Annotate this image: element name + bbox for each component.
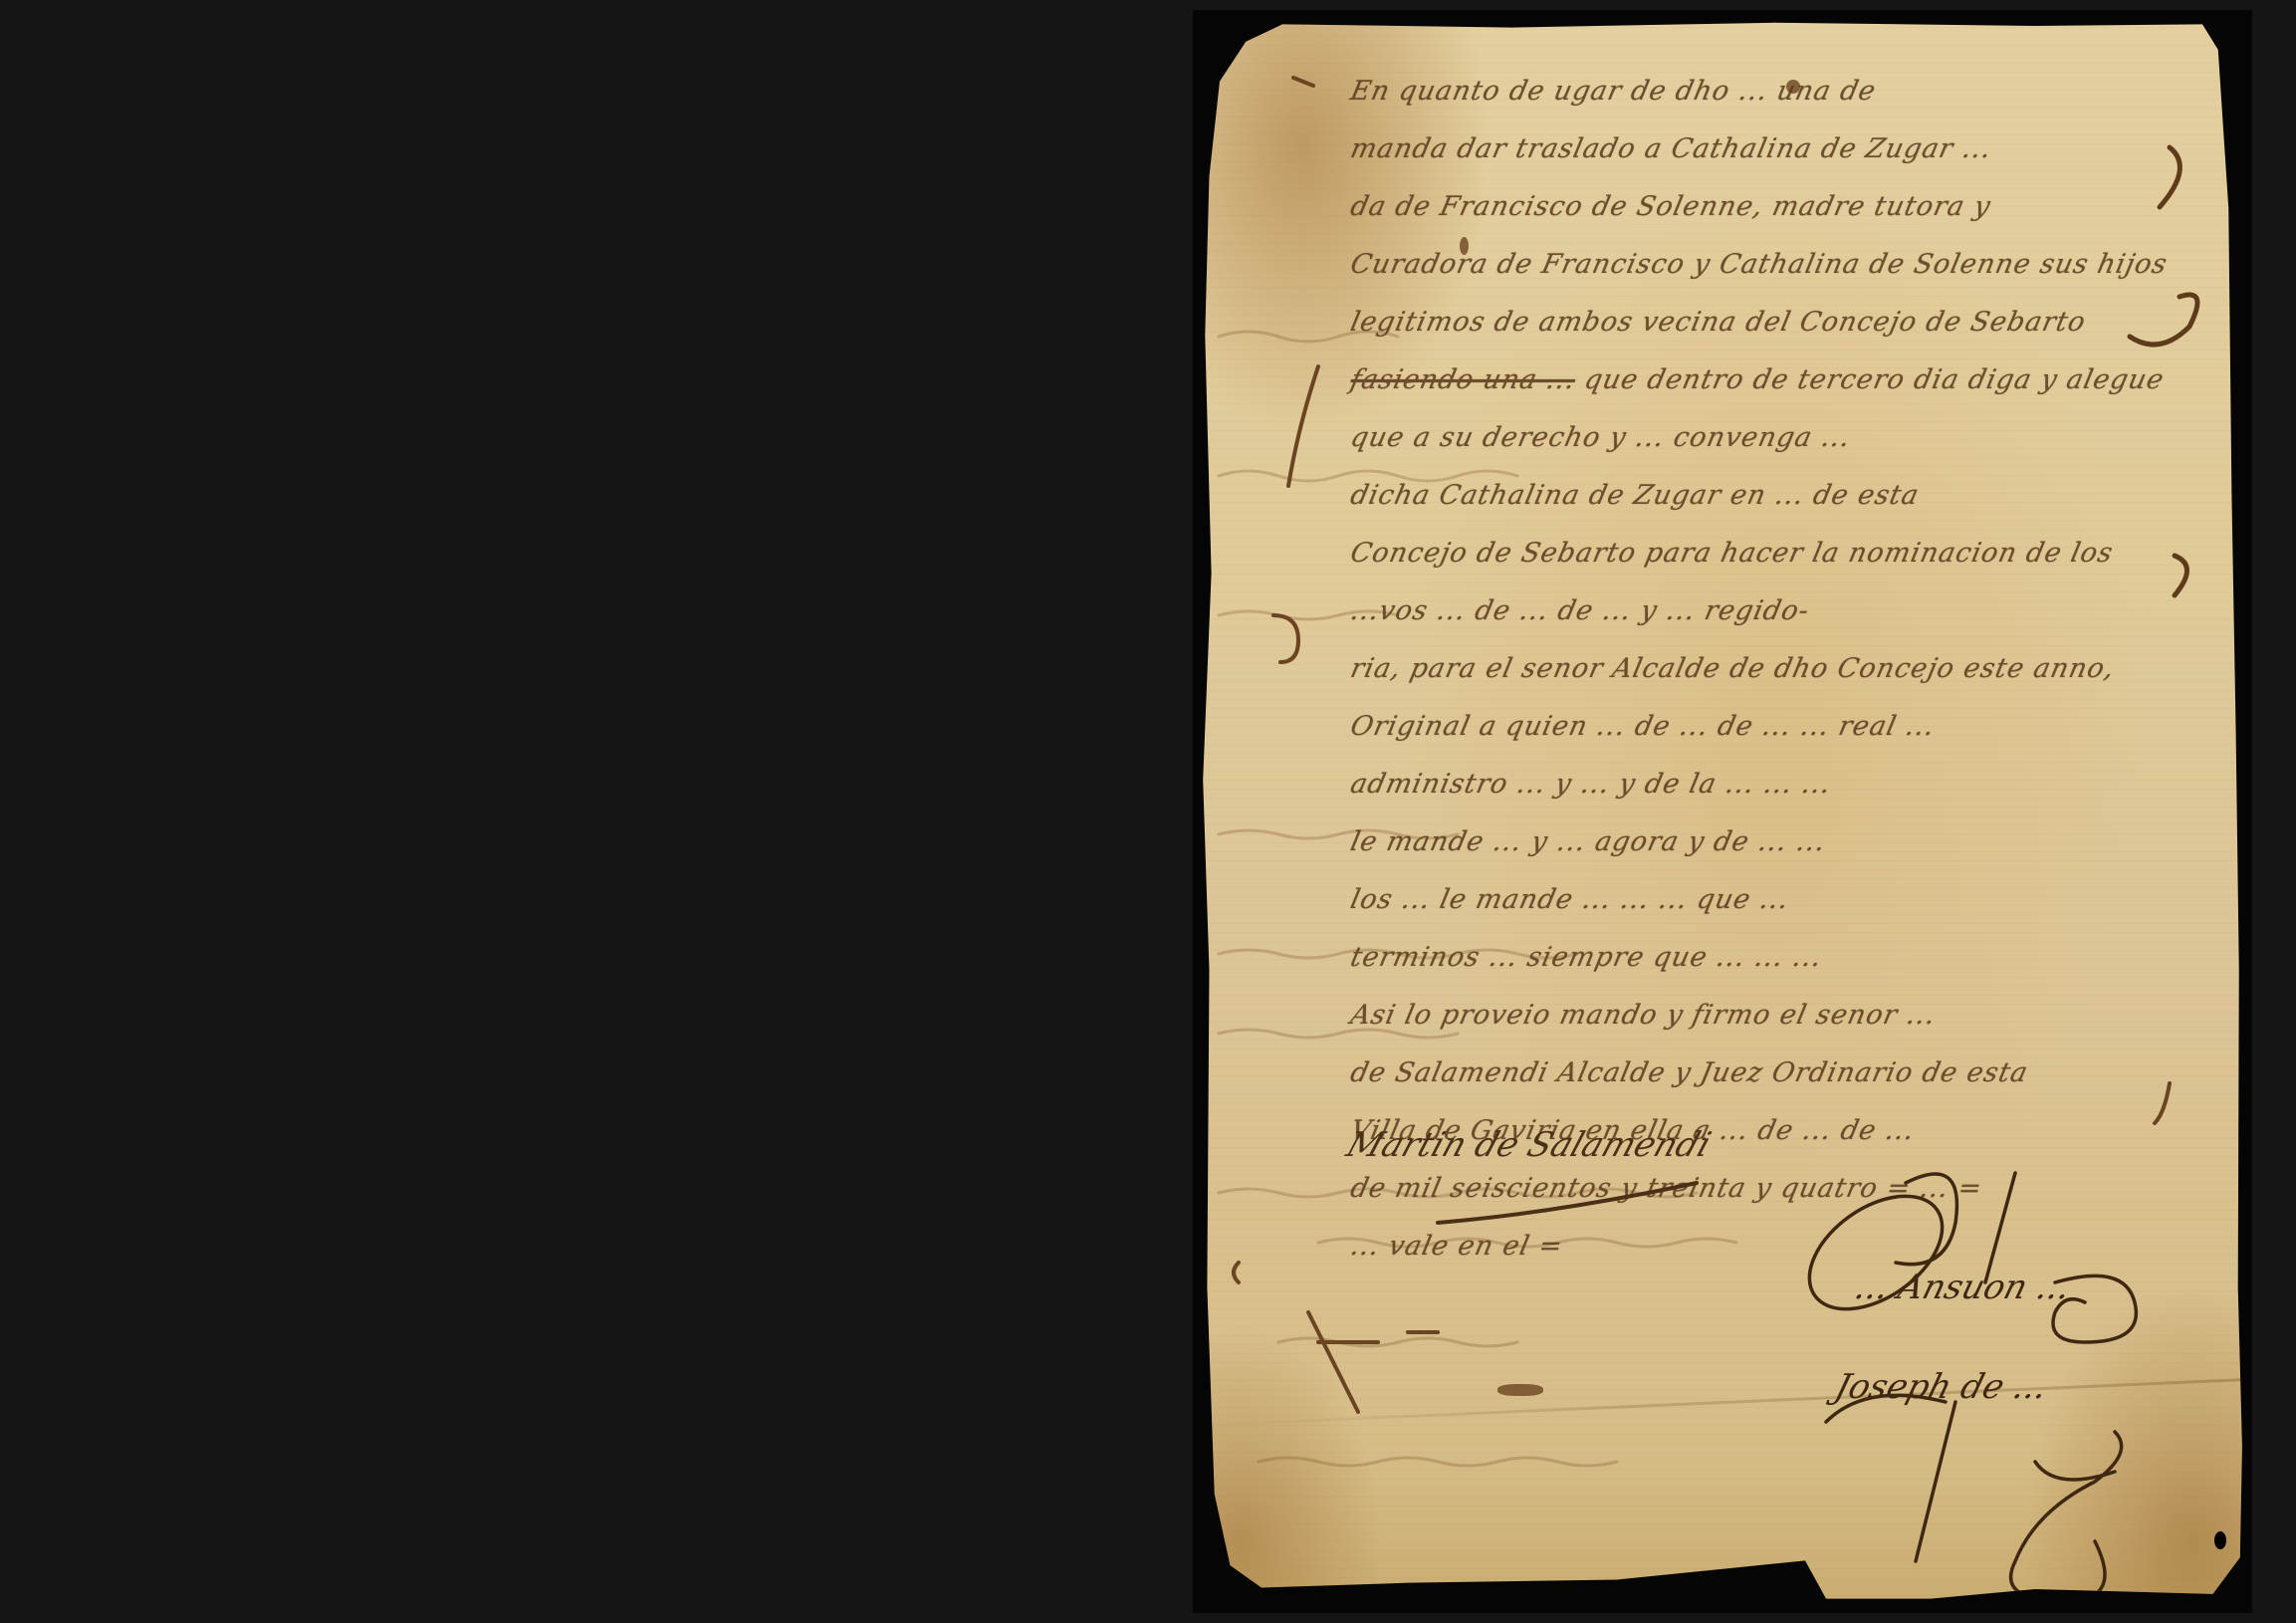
signature-third: Joseph de ... bbox=[1831, 1367, 2052, 1407]
signature-flourish bbox=[1428, 1163, 1846, 1243]
manuscript-line: ria, para el senor Alcalde de dho Concej… bbox=[1342, 653, 2230, 711]
manuscript-line: los ... le mande ... ... ... que ... bbox=[1342, 884, 2230, 942]
manuscript-line: En quanto de ugar de dho ... una de bbox=[1342, 76, 2230, 133]
manuscript-line: ...vos ... de ... de ... y ... regido- bbox=[1342, 595, 2230, 653]
manuscript-line: da de Francisco de Solenne, madre tutora… bbox=[1342, 191, 2230, 249]
manuscript-line: Asi lo proveio mando y firmo el senor ..… bbox=[1342, 1000, 2230, 1057]
manuscript-line: que a su derecho y ... convenga ... bbox=[1342, 422, 2230, 480]
manuscript-line: Curadora de Francisco y Cathalina de Sol… bbox=[1342, 249, 2230, 307]
manuscript-line: manda dar traslado a Cathalina de Zugar … bbox=[1342, 133, 2230, 191]
manuscript-line-rest: que dentro de tercero dia diga y alegue bbox=[1581, 364, 2167, 395]
signature-salamendi: Martin de Salamendi bbox=[1342, 1125, 1717, 1165]
image-viewer: En quanto de ugar de dho ... una de mand… bbox=[0, 0, 2296, 1623]
manuscript-line: Original a quien ... de ... de ... ... r… bbox=[1342, 711, 2230, 769]
manuscript-line: le mande ... y ... agora y de ... ... bbox=[1342, 826, 2230, 884]
manuscript-line: administro ... y ... y de la ... ... ... bbox=[1342, 769, 2230, 826]
ink-blot bbox=[1497, 1384, 1543, 1396]
manuscript-line: terminos ... siempre que ... ... ... bbox=[1342, 942, 2230, 1000]
manuscript-line-struck: fasiendo una ... que dentro de tercero d… bbox=[1342, 364, 2230, 422]
document-image-frame[interactable]: En quanto de ugar de dho ... una de mand… bbox=[1193, 10, 2252, 1613]
empty-left-pane bbox=[0, 0, 1193, 1623]
manuscript-page: En quanto de ugar de dho ... una de mand… bbox=[1199, 18, 2244, 1605]
manuscript-text: En quanto de ugar de dho ... una de mand… bbox=[1348, 76, 2224, 1288]
signature-second: ... Ansuon ... bbox=[1851, 1268, 2075, 1307]
manuscript-line: legitimos de ambos vecina del Concejo de… bbox=[1342, 307, 2230, 364]
manuscript-line: Concejo de Sebarto para hacer la nominac… bbox=[1342, 538, 2230, 595]
manuscript-line: de Salamendi Alcalde y Juez Ordinario de… bbox=[1342, 1057, 2230, 1115]
struck-text: fasiendo una ... bbox=[1348, 364, 1579, 395]
manuscript-line: dicha Cathalina de Zugar en ... de esta bbox=[1342, 480, 2230, 538]
